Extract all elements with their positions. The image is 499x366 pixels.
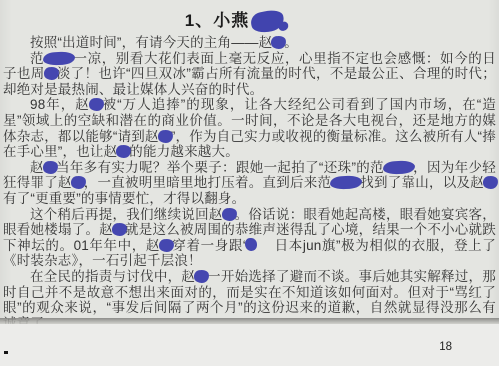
- redaction-scribble: [271, 35, 287, 49]
- redaction-scribble: [111, 222, 127, 236]
- redaction-scribble: [193, 269, 209, 283]
- ink-speck: [4, 351, 8, 354]
- redaction-scribble: [43, 66, 59, 80]
- paragraph: 这个稍后再提，我们继续说回赵。俗话说：眼看她起高楼，眼看她宴宾客，眼看她楼塌了。…: [3, 207, 496, 269]
- page-number: 18: [439, 341, 452, 353]
- redaction-scribble: [70, 176, 86, 190]
- redaction-scribble-partial: 日: [248, 238, 289, 254]
- paragraph: 赵当年多有实力呢？举个栗子：跟她一起拍了“还珠”的范，因为年少轻狂得罪了赵，一直…: [3, 160, 496, 207]
- paragraph: 98年，赵被“万人追捧”的现象，让各大经纪公司看到了国内市场，在“造星”领域上的…: [3, 97, 496, 159]
- redaction-scribble: [158, 238, 174, 252]
- redaction-scribble: [42, 160, 58, 174]
- redaction-scribble: [482, 176, 498, 190]
- paragraph: 按照“出道时间”，有请今天的主角——赵。: [3, 35, 496, 51]
- redaction-scribble: [383, 160, 416, 175]
- redaction-scribble: [330, 176, 363, 191]
- redaction-scribble: [88, 98, 104, 112]
- redaction-scribble-title: [249, 8, 286, 35]
- page-title: 1、小燕: [185, 6, 249, 31]
- redaction-scribble: [116, 144, 132, 158]
- doc-body: 按照“出道时间”，有请今天的主角——赵。范一凉，别看大花们表面上毫无反应，心里指…: [3, 35, 496, 331]
- paragraph: 范一凉，别看大花们表面上毫无反应，心里指不定也会感慨：如今的日子也周淡了！也许“…: [3, 51, 496, 98]
- redaction-scribble: [157, 129, 173, 143]
- footer-area: 18: [0, 324, 499, 366]
- redaction-scribble: [43, 51, 76, 66]
- scanned-document-page: 1、小燕 按照“出道时间”，有请今天的主角——赵。范一凉，别看大花们表面上毫无反…: [0, 0, 499, 366]
- title-row: 1、小燕: [0, 6, 469, 31]
- redaction-scribble: [221, 207, 237, 221]
